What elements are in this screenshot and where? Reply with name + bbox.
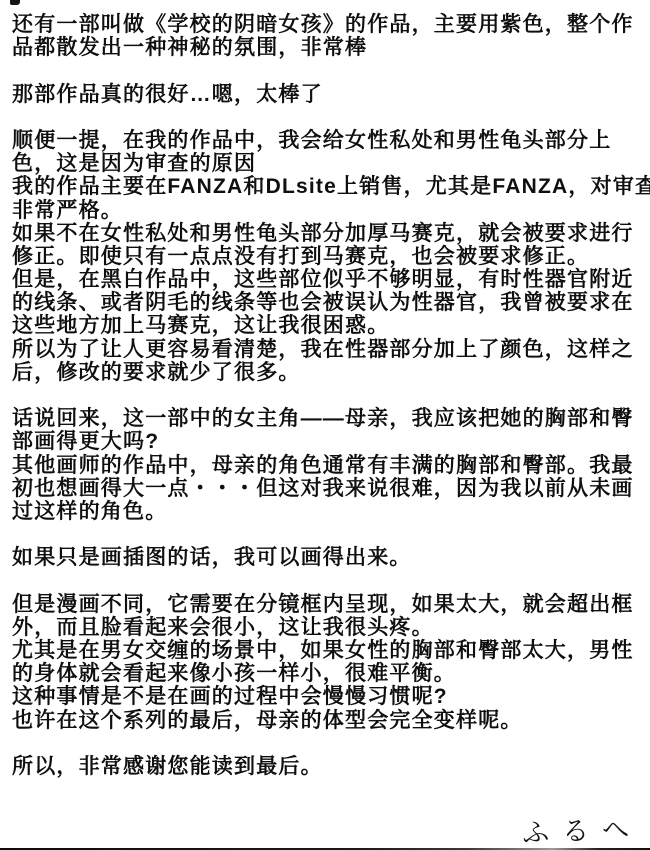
text-line: 这些地方加上马赛克，这让我很困惑。 <box>12 314 650 337</box>
scanned-afterword-page: 还有一部叫做《学校的阴暗女孩》的作品，主要用紫色，整个作 品都散发出一种神秘的氛… <box>0 0 650 850</box>
text-line: 所以，非常感谢您能读到最后。 <box>12 755 650 778</box>
text-line: 所以为了让人更容易看清楚，我在性器部分加上了颜色，这样之 <box>12 338 650 361</box>
text-line: 初也想画得大一点・・・但这对我来说很难，因为我以前从未画 <box>12 477 650 500</box>
text-line <box>12 570 650 593</box>
text-line: 我的作品主要在FANZA和DLsite上销售，尤其是FANZA，对审查 <box>12 175 650 198</box>
text-line: 后，修改的要求就少了很多。 <box>12 361 650 384</box>
text-line <box>12 732 650 755</box>
text-line: 过这样的角色。 <box>12 500 650 523</box>
text-line: 色，这是因为审查的原因 <box>12 152 650 175</box>
text-line: 品都散发出一种神秘的氛围，非常棒 <box>12 36 650 59</box>
text-line: 的线条、或者阴毛的线条等也会被误认为性器官，我曾被要求在 <box>12 291 650 314</box>
text-line: 但是，在黑白作品中，这些部位似乎不够明显，有时性器官附近 <box>12 268 650 291</box>
text-line: 其他画师的作品中，母亲的角色通常有丰满的胸部和臀部。我最 <box>12 454 650 477</box>
text-line: 修正。即使只有一点点没有打到马赛克，也会被要求修正。 <box>12 245 650 268</box>
text-line: 外，而且脸看起来会很小，这让我很头疼。 <box>12 616 650 639</box>
text-line <box>12 106 650 129</box>
text-line <box>12 59 650 82</box>
text-line: 非常严格。 <box>12 199 650 222</box>
text-line <box>12 523 650 546</box>
text-line: 如果不在女性私处和男性龟头部分加厚马赛克，就会被要求进行 <box>12 222 650 245</box>
text-line: 顺便一提，在我的作品中，我会给女性私处和男性龟头部分上 <box>12 129 650 152</box>
artist-signature: ふるへ <box>521 807 642 850</box>
text-line <box>12 384 650 407</box>
text-line: 这种事情是不是在画的过程中会慢慢习惯呢? <box>12 685 650 708</box>
afterword-text: 还有一部叫做《学校的阴暗女孩》的作品，主要用紫色，整个作 品都散发出一种神秘的氛… <box>12 13 650 778</box>
text-line: 部画得更大吗? <box>12 430 650 453</box>
text-line: 的身体就会看起来像小孩一样小，很难平衡。 <box>12 662 650 685</box>
text-line: 也许在这个系列的最后，母亲的体型会完全变样呢。 <box>12 709 650 732</box>
text-line: 但是漫画不同，它需要在分镜框内呈现，如果太大，就会超出框 <box>12 593 650 616</box>
text-line: 话说回来，这一部中的女主角——母亲，我应该把她的胸部和臀 <box>12 407 650 430</box>
text-line: 如果只是画插图的话，我可以画得出来。 <box>12 546 650 569</box>
scan-artifact-speck <box>10 0 20 5</box>
text-line: 尤其是在男女交缠的场景中，如果女性的胸部和臀部太大，男性 <box>12 639 650 662</box>
text-line: 那部作品真的很好…嗯，太棒了 <box>12 83 650 106</box>
text-line: 还有一部叫做《学校的阴暗女孩》的作品，主要用紫色，整个作 <box>12 13 650 36</box>
